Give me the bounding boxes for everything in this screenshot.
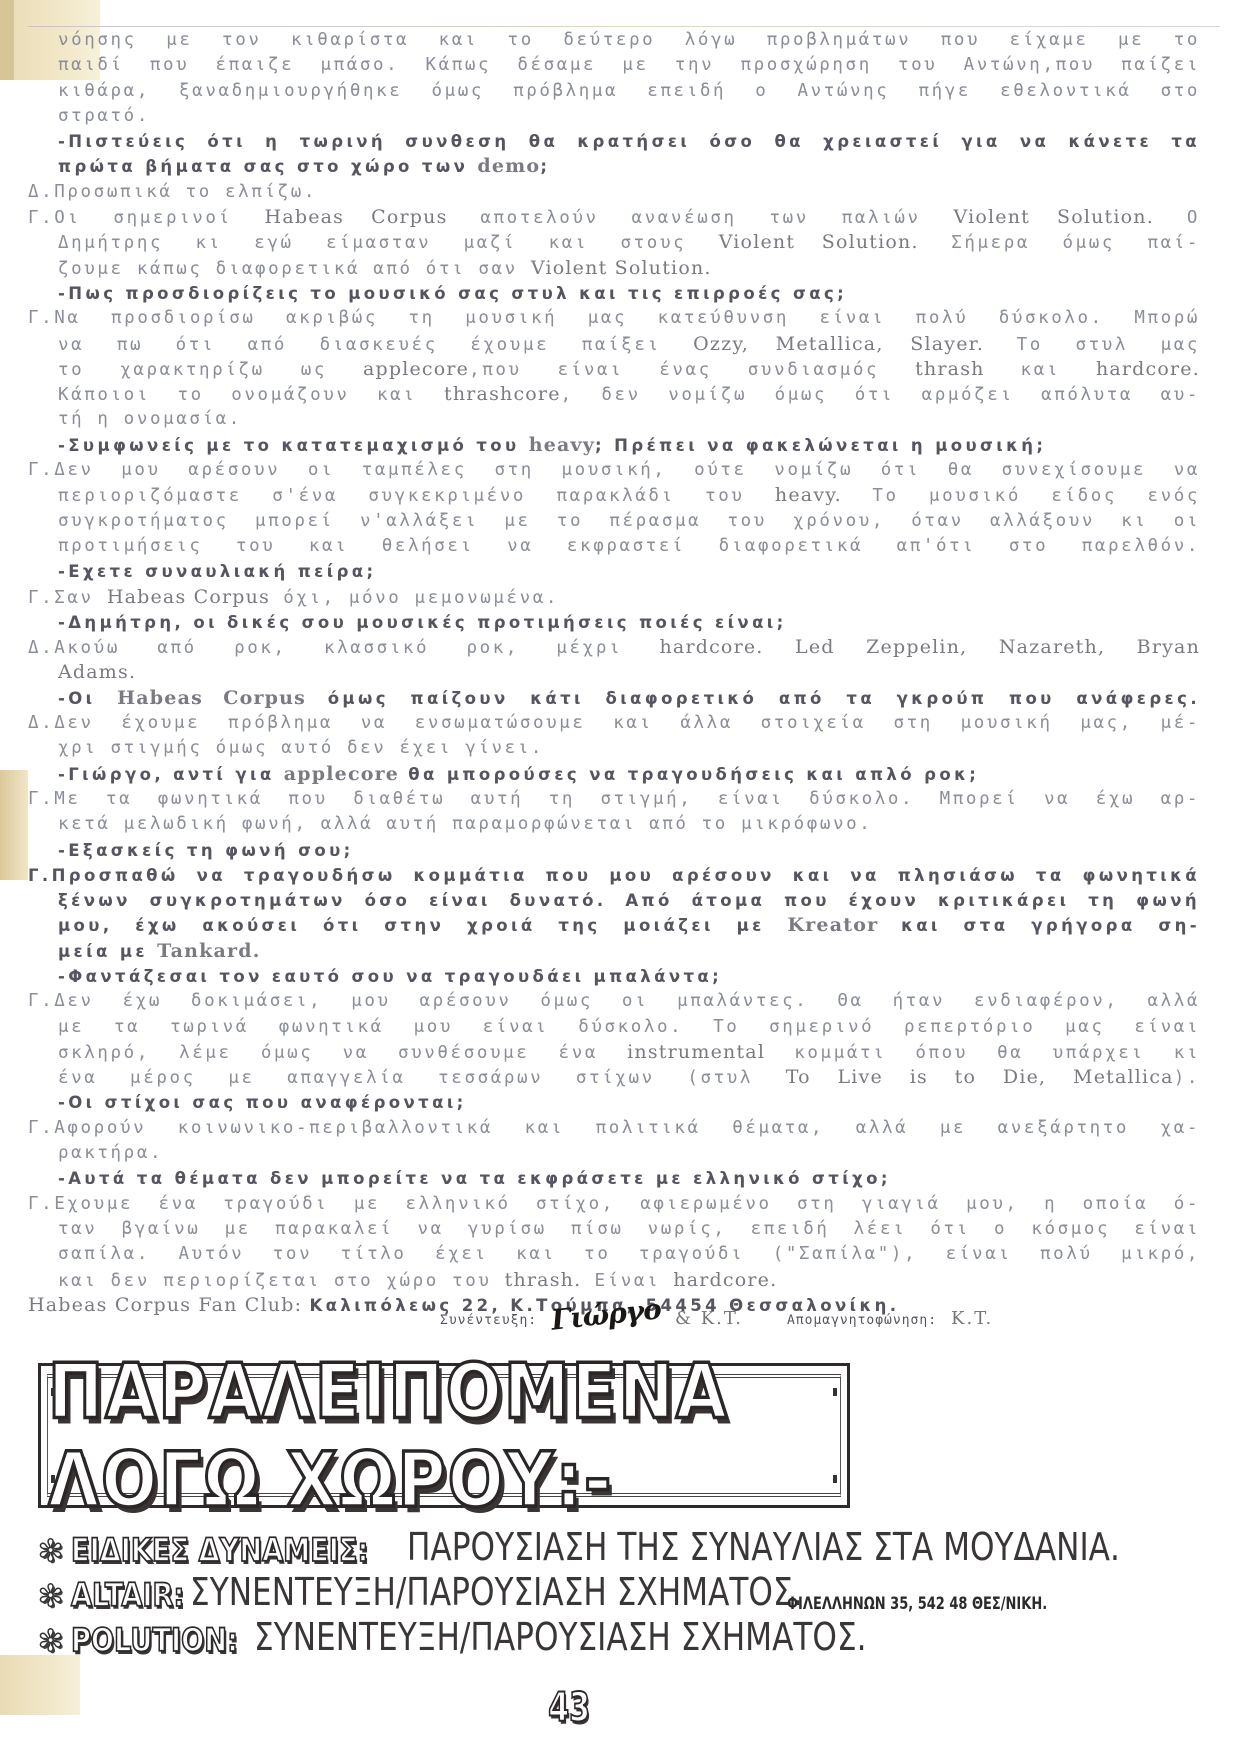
interview-question-line: ξένων συγκροτημάτων όσο είναι δυνατό. Απ… — [28, 888, 1200, 913]
interview-answer-line: Adams. — [28, 660, 1200, 685]
interview-answer-line: κιθάρα, ξαναδημιουργήθηκε όμως πρόβλημα … — [28, 79, 1200, 104]
interview-coauthor: & K.T. — [675, 1308, 743, 1329]
interview-article: νόησης με τον κιθαρίστα και το δεύτερο λ… — [28, 28, 1200, 1318]
interview-answer-line: ζουμε κάπως διαφορετικά από ότι σαν Viol… — [28, 256, 1200, 281]
interview-answer-line: προτιμήσεις του και θελήσει να εκφραστεί… — [28, 534, 1200, 559]
fan-club-label: Habeas Corpus Fan Club: — [28, 1294, 309, 1316]
interview-question-line: Γ.Προσπαθώ να τραγουδήσω κομμάτια που μο… — [28, 863, 1200, 888]
banner-corner-dot — [51, 1388, 55, 1396]
interview-label: Συνέντευξη: — [440, 1313, 537, 1328]
interview-question-line: -Οι Habeas Corpus όμως παίζουν κάτι διαφ… — [28, 686, 1200, 711]
banner-corner-dot — [51, 1475, 55, 1483]
interview-answer-line: και δεν περιορίζεται στο χώρο του thrash… — [28, 1268, 1200, 1293]
interview-answer-line: Γ.Οι σημερινοί Habeas Corpus αποτελούν α… — [28, 205, 1200, 230]
interview-answer-line: σκληρό, λέμε όμως να συνθέσουμε ένα inst… — [28, 1040, 1200, 1065]
interview-question-line: -Εξασκείς τη φωνή σου; — [28, 838, 1200, 863]
asterisk-bullet-icon: ✻ — [38, 1624, 63, 1659]
interview-answer-line: νόησης με τον κιθαρίστα και το δεύτερο λ… — [28, 28, 1200, 53]
banner-corner-dot — [833, 1475, 837, 1483]
interview-answer-line: σαπίλα. Αυτόν τον τίτλο έχει και το τραγ… — [28, 1242, 1200, 1267]
interview-answer-line: ρακτήρα. — [28, 1141, 1200, 1166]
interview-question-line: -Συμφωνείς με το κατατεμαχισμό του heavy… — [28, 433, 1200, 458]
interview-answer-line: το χαρακτηρίζω ως applecore,που είναι έν… — [28, 357, 1200, 382]
interview-answer-line: Δ.Δεν έχουμε πρόβλημα να ενσωματώσουμε κ… — [28, 711, 1200, 736]
interview-answer-line: ταν βγαίνω με παρακαλεί να γυρίσω πίσω ν… — [28, 1217, 1200, 1242]
asterisk-bullet-icon: ✻ — [38, 1579, 63, 1614]
interview-question-line: -Πως προσδιορίζεις το μουσικό σας στυλ κ… — [28, 281, 1200, 306]
item-description: ΠΑΡΟΥΣΙΑΣΗ ΤΗΣ ΣΥΝΑΥΛΙΑΣ ΣΤΑ ΜΟΥΔΑΝΙΑ. — [407, 1525, 1120, 1569]
interview-answer-line: ένα μέρος με απαγγελία τεσσάρων στίχων (… — [28, 1065, 1200, 1090]
interview-answer-line: παιδί που έπαιζε μπάσο. Κάπως δέσαμε με … — [28, 53, 1200, 78]
interview-question-line: μου, έχω ακούσει ότι στην χροιά της μοιά… — [28, 913, 1200, 938]
credits-row: Συνέντευξη: Γιώργο & K.T. Απομαγνητοφώνη… — [440, 1298, 993, 1326]
interview-question-line: -Γιώργο, αντί για applecore θα μπορούσες… — [28, 762, 1200, 787]
interview-answer-line: Γ.Εχουμε ένα τραγούδι με ελληνικό στίχο,… — [28, 1192, 1200, 1217]
tape-stain-edge — [0, 0, 14, 80]
interviewer-signature: Γιώργο — [550, 1292, 663, 1336]
interview-answer-line: Δ.Ακούω από ροκ, κλασσικό ροκ, μέχρι har… — [28, 635, 1200, 660]
banner-corner-dot — [833, 1388, 837, 1396]
band-address: ΦΙΛΕΛΛΗΝΩΝ 35, 542 48 ΘΕΣ/ΝΙΚΗ. — [787, 1594, 1047, 1614]
omitted-items-list: ✻ ΕΙΔΙΚΕΣ ΔΥΝΑΜΕΙΣ: ΠΑΡΟΥΣΙΑΣΗ ΤΗΣ ΣΥΝΑΥ… — [38, 1524, 1188, 1659]
tape-stain-bottom — [0, 1655, 80, 1715]
omitted-item: ✻ ALTAIR: ΣΥΝΕΝΤΕΥΞΗ/ΠΑΡΟΥΣΙΑΣΗ ΣΧΗΜΑΤΟΣ… — [38, 1569, 1188, 1614]
interview-question-line: -Οι στίχοι σας που αναφέρονται; — [28, 1090, 1200, 1115]
interview-question-line: μεία με Tankard. — [28, 939, 1200, 964]
interview-answer-line: κετά μελωδική φωνή, αλλά αυτή παραμορφών… — [28, 812, 1200, 837]
band-name: ALTAIR: — [71, 1576, 184, 1614]
band-name: POLUTION: — [71, 1621, 238, 1659]
banner-title: ΠΑΡΑΛΕΙΠΟΜΕΝΑ ΛΟΓΩ ΧΩΡΟΥ:- — [48, 1347, 840, 1524]
interview-answer-line: Δ.Προσωπικά το ελπίζω. — [28, 180, 1200, 205]
interview-question-line: πρώτα βήματα σας στο χώρο των demo; — [28, 154, 1200, 179]
interview-answer-line: τή η ονομασία. — [28, 407, 1200, 432]
page-number: 43 — [548, 1685, 586, 1731]
interview-answer-line: Γ.Δεν μου αρέσουν οι ταμπέλες στη μουσικ… — [28, 458, 1200, 483]
transcription-label: Απομαγνητοφώνηση: — [787, 1313, 937, 1328]
page-top-rule — [28, 26, 1220, 27]
interview-answer-line: Δημήτρης κι εγώ είμασταν μαζί και στους … — [28, 230, 1200, 255]
interview-question-line: -Δημήτρη, οι δικές σου μουσικές προτιμήσ… — [28, 610, 1200, 635]
interview-answer-line: Κάποιοι το ονομάζουν και thrashcore, δεν… — [28, 382, 1200, 407]
item-description: ΣΥΝΕΝΤΕΥΞΗ/ΠΑΡΟΥΣΙΑΣΗ ΣΧΗΜΑΤΟΣ. — [254, 1615, 867, 1659]
interview-answer-line: Γ.Αφορούν κοινωνικο-περιβαλλοντικά και π… — [28, 1116, 1200, 1141]
interview-answer-line: στρατό. — [28, 104, 1200, 129]
interview-question-line: -Φαντάζεσαι τον εαυτό σου να τραγουδάει … — [28, 964, 1200, 989]
interview-answer-line: με τα τωρινά φωνητικά μου είναι δύσκολο.… — [28, 1015, 1200, 1040]
interview-question-line: -Εχετε συναυλιακή πείρα; — [28, 559, 1200, 584]
omitted-banner: ΠΑΡΑΛΕΙΠΟΜΕΝΑ ΛΟΓΩ ΧΩΡΟΥ:- — [38, 1363, 850, 1508]
interview-answer-line: περιοριζόμαστε σ'ένα συγκεκριμένο παρακλ… — [28, 483, 1200, 508]
interview-answer-line: Γ.Σαν Habeas Corpus όχι, μόνο μεμονωμένα… — [28, 585, 1200, 610]
omitted-item: ✻ POLUTION: ΣΥΝΕΝΤΕΥΞΗ/ΠΑΡΟΥΣΙΑΣΗ ΣΧΗΜΑΤ… — [38, 1614, 1188, 1659]
transcription-value: K.T. — [951, 1308, 993, 1329]
interview-answer-line: Γ.Με τα φωνητικά που διαθέτω αυτή τη στι… — [28, 787, 1200, 812]
omitted-item: ✻ ΕΙΔΙΚΕΣ ΔΥΝΑΜΕΙΣ: ΠΑΡΟΥΣΙΑΣΗ ΤΗΣ ΣΥΝΑΥ… — [38, 1524, 1188, 1569]
interview-answer-line: Γ.Να προσδιορίσω ακριβώς τη μουσική μας … — [28, 306, 1200, 331]
interview-answer-line: Γ.Δεν έχω δοκιμάσει, μου αρέσουν όμως οι… — [28, 989, 1200, 1014]
tape-stain-middle — [0, 770, 28, 880]
band-name: ΕΙΔΙΚΕΣ ΔΥΝΑΜΕΙΣ: — [71, 1531, 368, 1569]
interview-question-line: -Πιστεύεις ότι η τωρινή συνθεση θα κρατή… — [28, 129, 1200, 154]
interview-answer-line: να πω ότι από διασκευές έχουμε παίξει Oz… — [28, 332, 1200, 357]
interview-answer-line: χρι στιγμής όμως αυτό δεν έχει γίνει. — [28, 736, 1200, 761]
interview-question-line: -Αυτά τα θέματα δεν μπορείτε να τα εκφρά… — [28, 1166, 1200, 1191]
item-description: ΣΥΝΕΝΤΕΥΞΗ/ΠΑΡΟΥΣΙΑΣΗ ΣΧΗΜΑΤΟΣ. — [190, 1570, 803, 1614]
banner-frame: ΠΑΡΑΛΕΙΠΟΜΕΝΑ ΛΟΓΩ ΧΩΡΟΥ:- — [47, 1374, 841, 1497]
interview-answer-line: συγκροτήματος μπορεί ν'αλλάξει με το πέρ… — [28, 509, 1200, 534]
asterisk-bullet-icon: ✻ — [38, 1534, 63, 1569]
